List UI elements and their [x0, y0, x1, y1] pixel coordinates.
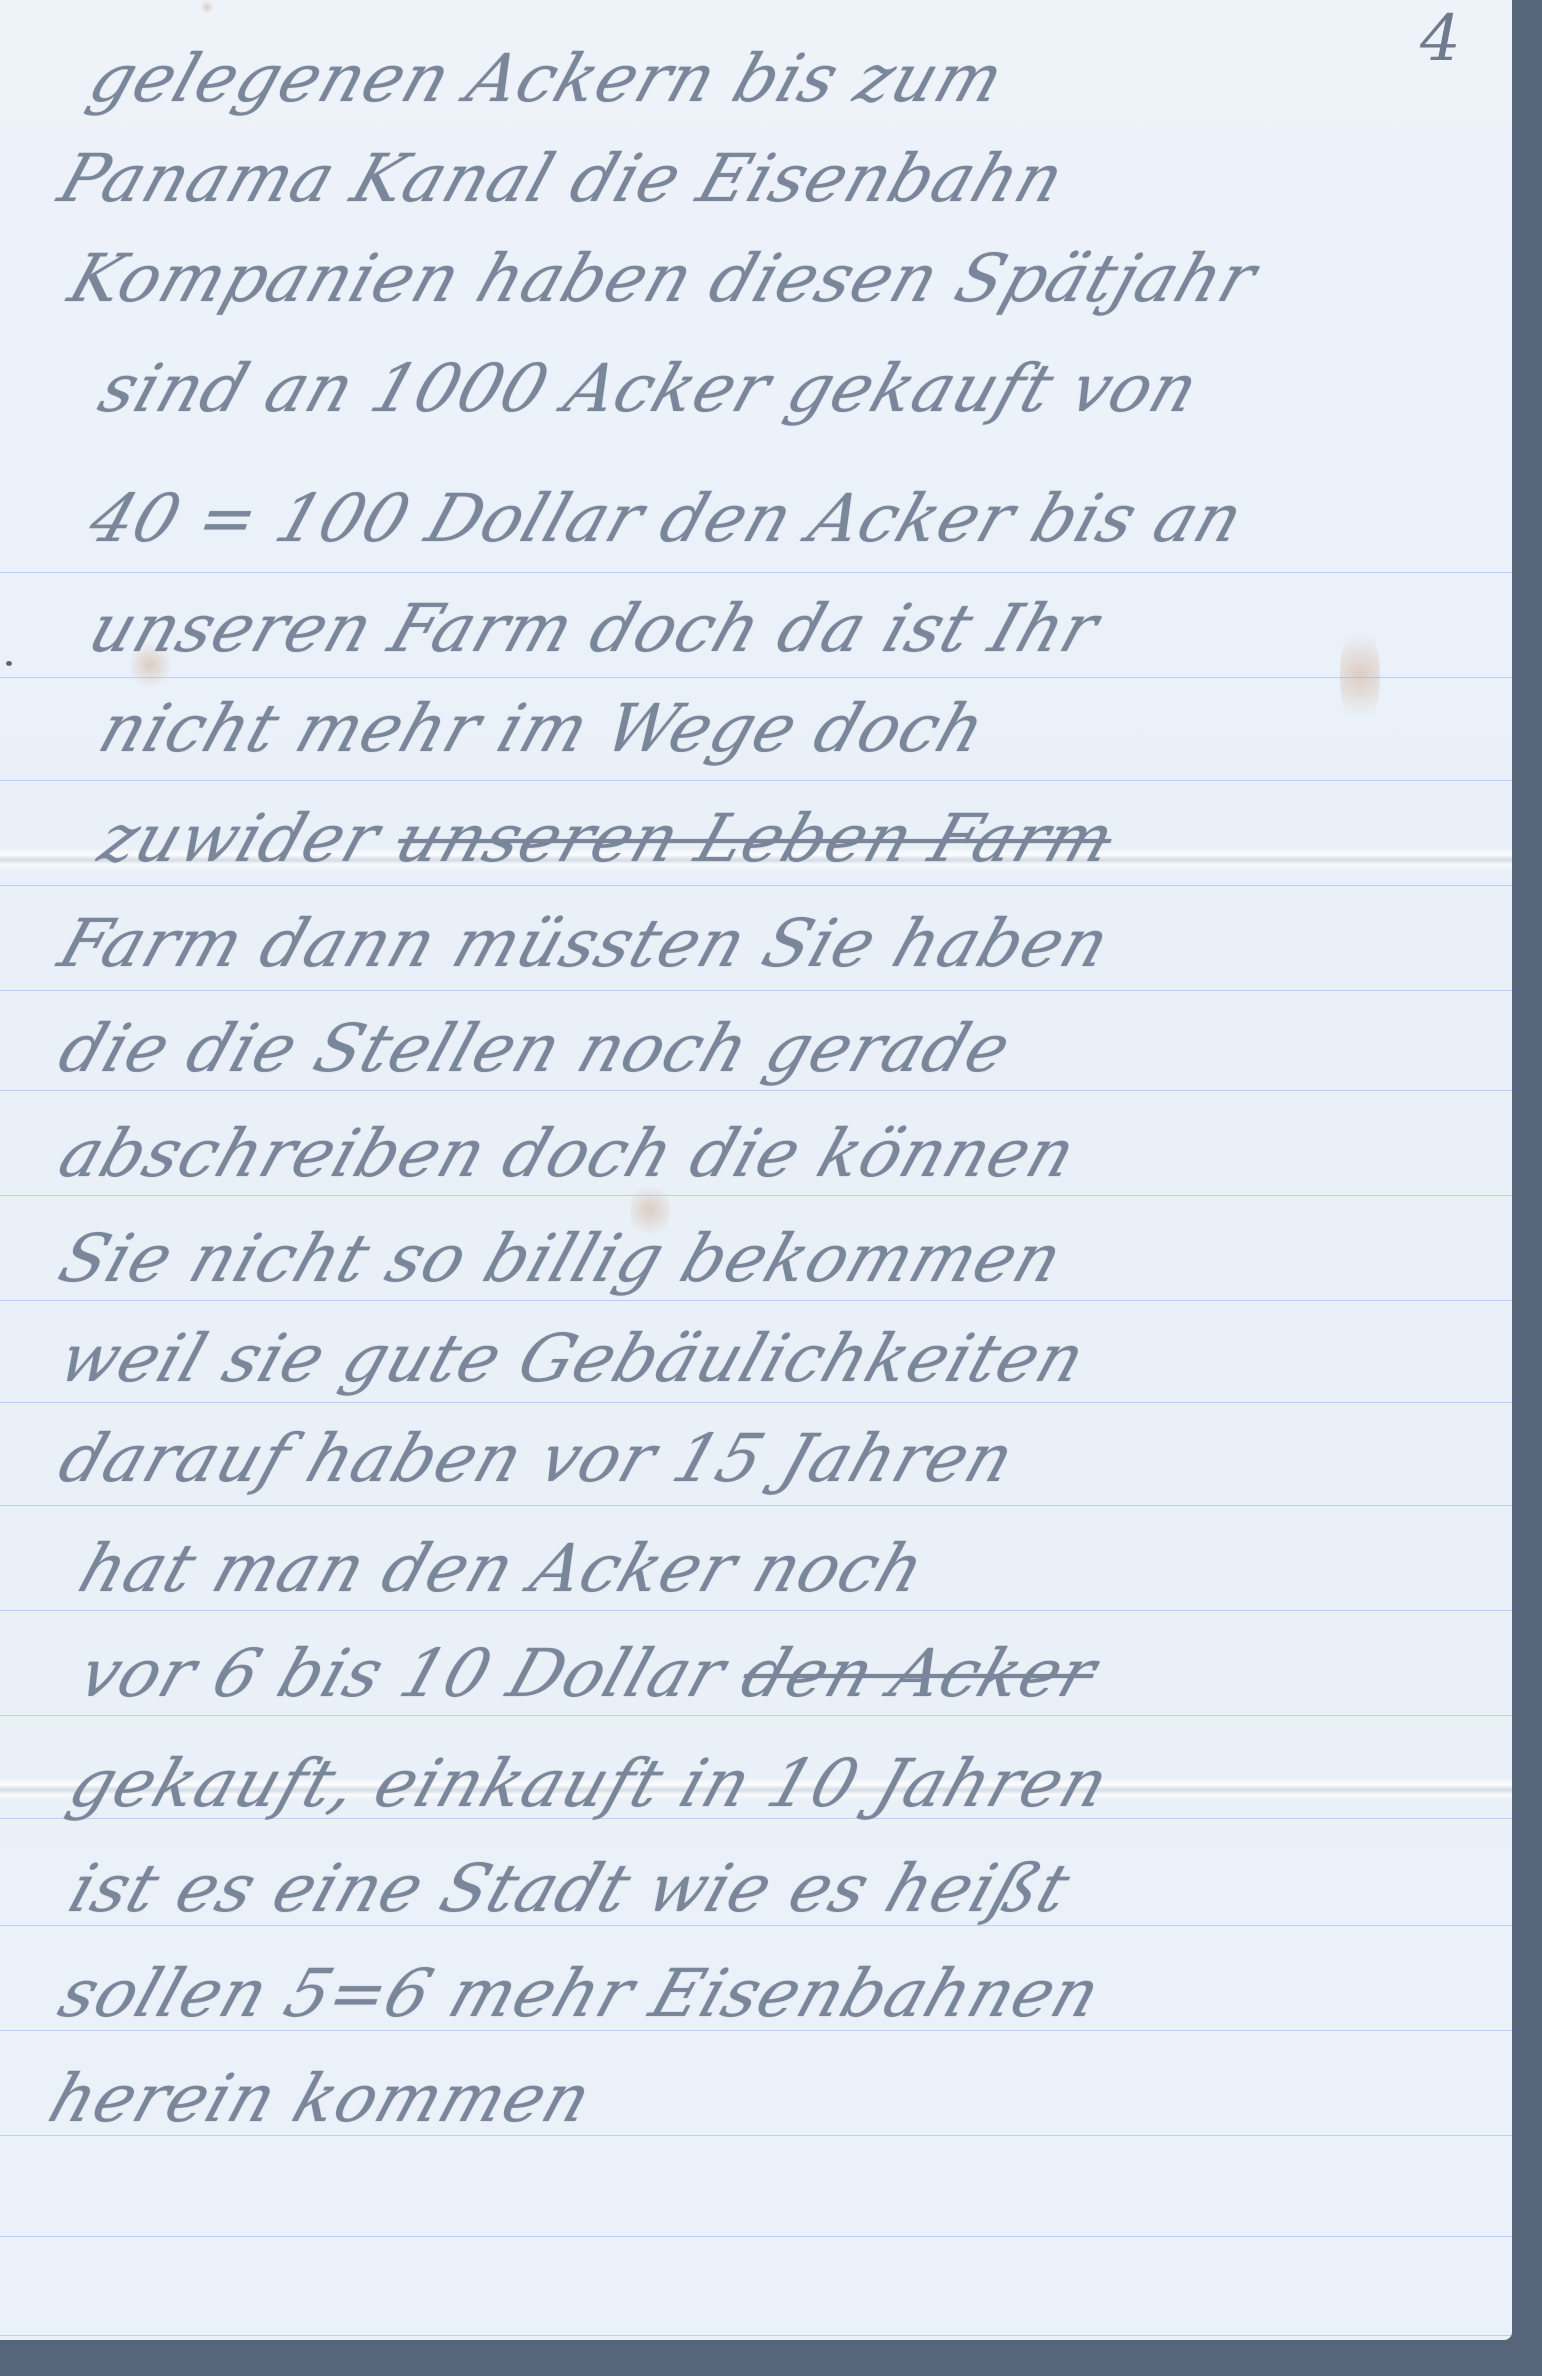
- text-line: gelegenen Ackern bis zum: [80, 40, 1014, 117]
- line-text: die die Stellen noch gerade: [50, 1010, 1021, 1087]
- rule-line: [0, 572, 1512, 573]
- line-text: unseren Farm doch da ist Ihr: [80, 590, 1108, 667]
- text-line: vor 6 bis 10 Dollar den Acker: [70, 1635, 1107, 1712]
- text-line: weil sie gute Gebäulichkeiten: [50, 1320, 1095, 1397]
- line-text: hat man den Acker noch: [70, 1530, 935, 1607]
- line-text: herein kommen: [40, 2060, 601, 2137]
- line-text: vor 6 bis 10 Dollar: [70, 1635, 735, 1712]
- line-text: sollen 5=6 mehr Eisenbahnen: [50, 1955, 1110, 2032]
- struck-text: unseren Leben Farm: [387, 800, 1125, 877]
- rule-line: [0, 1300, 1512, 1301]
- rule-line: [0, 780, 1512, 781]
- rule-line: [0, 1505, 1512, 1506]
- text-line: Sie nicht so billig bekommen: [50, 1220, 1072, 1297]
- line-text: abschreiben doch die können: [50, 1115, 1086, 1192]
- line-text: darauf haben vor 15 Jahren: [50, 1420, 1024, 1497]
- rule-line: [0, 885, 1512, 886]
- text-line: herein kommen: [40, 2060, 601, 2137]
- text-line: zuwider unseren Leben Farm: [90, 800, 1124, 877]
- paper-stain: [1340, 620, 1380, 730]
- line-text: sind an 1000 Acker gekauft von: [90, 350, 1208, 427]
- line-text: Sie nicht so billig bekommen: [50, 1220, 1072, 1297]
- rule-line: [0, 2335, 1512, 2336]
- text-line: Panama Kanal die Eisenbahn: [50, 140, 1074, 217]
- text-line: Kompanien haben diesen Spätjahr: [60, 240, 1266, 317]
- text-line: sollen 5=6 mehr Eisenbahnen: [50, 1955, 1110, 2032]
- text-line: sind an 1000 Acker gekauft von: [90, 350, 1208, 427]
- text-line: gekauft, einkauft in 10 Jahren: [60, 1745, 1119, 1822]
- rule-line: [0, 1610, 1512, 1611]
- line-text: zuwider: [90, 800, 390, 877]
- text-line: abschreiben doch die können: [50, 1115, 1086, 1192]
- text-line: ist es eine Stadt wie es heißt: [60, 1850, 1080, 1927]
- letter-page: 4 gelegenen Ackern bis zum Panama Kanal …: [0, 0, 1512, 2340]
- text-line: unseren Farm doch da ist Ihr: [80, 590, 1108, 667]
- rule-line: [0, 677, 1512, 678]
- line-text: gelegenen Ackern bis zum: [80, 40, 1014, 117]
- struck-text: den Acker: [732, 1635, 1106, 1712]
- rule-line: [0, 1195, 1512, 1196]
- page-number: 4: [1420, 2, 1461, 76]
- text-line: hat man den Acker noch: [70, 1530, 935, 1607]
- line-text: ist es eine Stadt wie es heißt: [60, 1850, 1080, 1927]
- paper-stain: [200, 0, 214, 14]
- line-text: nicht mehr im Wege doch: [90, 690, 995, 767]
- line-text: 40 = 100 Dollar den Acker bis an: [80, 480, 1253, 557]
- text-line: nicht mehr im Wege doch: [90, 690, 995, 767]
- text-line: 40 = 100 Dollar den Acker bis an: [80, 480, 1253, 557]
- text-line: die die Stellen noch gerade: [50, 1010, 1021, 1087]
- text-line: darauf haben vor 15 Jahren: [50, 1420, 1024, 1497]
- rule-line: [0, 990, 1512, 991]
- line-text: Farm dann müssten Sie haben: [50, 905, 1119, 982]
- text-line: Farm dann müssten Sie haben: [50, 905, 1119, 982]
- line-text: Kompanien haben diesen Spätjahr: [60, 240, 1266, 317]
- margin-mark: [6, 661, 12, 666]
- rule-line: [0, 1715, 1512, 1716]
- rule-line: [0, 2236, 1512, 2237]
- line-text: gekauft, einkauft in 10 Jahren: [60, 1745, 1119, 1822]
- line-text: Panama Kanal die Eisenbahn: [50, 140, 1074, 217]
- line-text: weil sie gute Gebäulichkeiten: [50, 1320, 1095, 1397]
- rule-line: [0, 1090, 1512, 1091]
- rule-line: [0, 1402, 1512, 1403]
